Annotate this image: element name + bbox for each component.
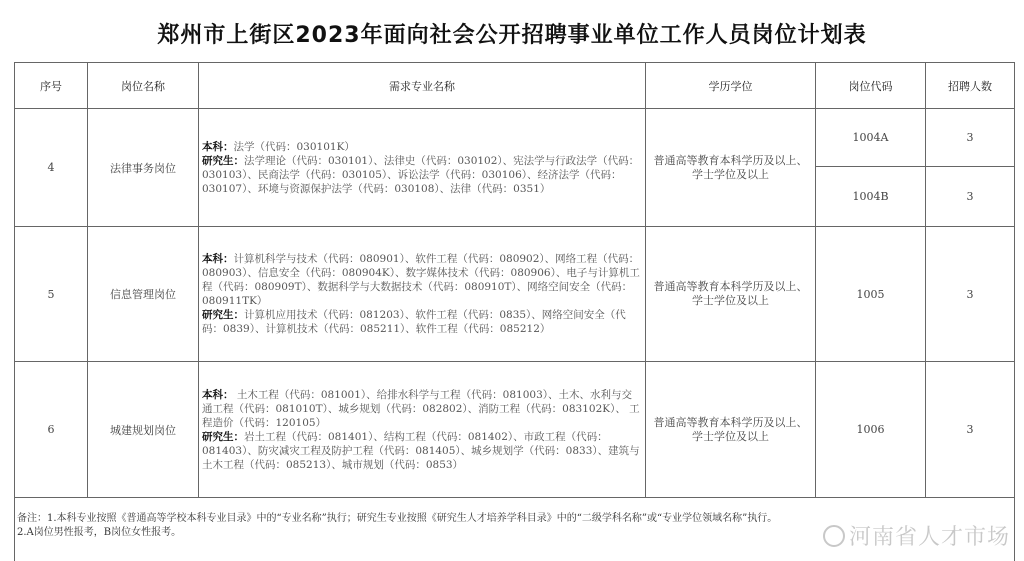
weibo-logo-icon	[823, 525, 845, 547]
header-code: 岗位代码	[816, 63, 926, 109]
header-position: 岗位名称	[88, 63, 199, 109]
page-title: 郑州市上街区2023年面向社会公开招聘事业单位工作人员岗位计划表	[0, 18, 1024, 49]
table-row: 4 法律事务岗位 本科：法学（代码：030101K） 研究生：法学理论（代码：0…	[15, 109, 1015, 167]
grad-majors: 计算机应用技术（代码：081203）、软件工程（代码：0835）、网络空间安全（…	[202, 309, 626, 335]
undergrad-label: 本科：	[202, 141, 234, 153]
row-majors: 本科： 土木工程（代码：081001）、给排水科学与工程（代码：081003）、…	[199, 362, 646, 498]
row-index: 6	[15, 362, 88, 498]
row-education: 普通高等教育本科学历及以上、学士学位及以上	[646, 227, 816, 362]
header-count: 招聘人数	[926, 63, 1015, 109]
row-code: 1006	[816, 362, 926, 498]
row-count: 3	[926, 167, 1015, 227]
row-code: 1004B	[816, 167, 926, 227]
recruitment-plan-table: 序号 岗位名称 需求专业名称 学历学位 岗位代码 招聘人数 4 法律事务岗位 本…	[14, 62, 1015, 561]
table-header-row: 序号 岗位名称 需求专业名称 学历学位 岗位代码 招聘人数	[15, 63, 1015, 109]
grad-label: 研究生：	[202, 155, 244, 167]
grad-label: 研究生：	[202, 431, 244, 443]
table-row: 5 信息管理岗位 本科：计算机科学与技术（代码：080901）、软件工程（代码：…	[15, 227, 1015, 362]
row-majors: 本科：法学（代码：030101K） 研究生：法学理论（代码：030101）、法律…	[199, 109, 646, 227]
grad-label: 研究生：	[202, 309, 244, 321]
undergrad-majors: 土木工程（代码：081001）、给排水科学与工程（代码：081003）、土木、水…	[202, 389, 640, 429]
row-count: 3	[926, 362, 1015, 498]
row-code: 1005	[816, 227, 926, 362]
header-education: 学历学位	[646, 63, 816, 109]
undergrad-majors: 法学（代码：030101K）	[234, 141, 355, 153]
grad-majors: 岩土工程（代码：081401）、结构工程（代码：081402）、市政工程（代码：…	[202, 431, 640, 471]
undergrad-label: 本科：	[202, 253, 234, 265]
row-count: 3	[926, 227, 1015, 362]
row-majors: 本科：计算机科学与技术（代码：080901）、软件工程（代码：080902）、网…	[199, 227, 646, 362]
row-index: 5	[15, 227, 88, 362]
watermark: 河南省人才市场	[823, 520, 1010, 551]
grad-majors: 法学理论（代码：030101）、法律史（代码：030102）、宪法学与行政法学（…	[202, 155, 639, 195]
row-education: 普通高等教育本科学历及以上、学士学位及以上	[646, 109, 816, 227]
watermark-text: 河南省人才市场	[849, 525, 1010, 550]
row-position: 法律事务岗位	[88, 109, 199, 227]
row-education: 普通高等教育本科学历及以上、学士学位及以上	[646, 362, 816, 498]
undergrad-majors: 计算机科学与技术（代码：080901）、软件工程（代码：080902）、网络工程…	[202, 253, 640, 307]
header-majors: 需求专业名称	[199, 63, 646, 109]
row-code: 1004A	[816, 109, 926, 167]
row-position: 城建规划岗位	[88, 362, 199, 498]
row-index: 4	[15, 109, 88, 227]
header-index: 序号	[15, 63, 88, 109]
row-count: 3	[926, 109, 1015, 167]
row-position: 信息管理岗位	[88, 227, 199, 362]
undergrad-label: 本科：	[202, 389, 234, 401]
table-row: 6 城建规划岗位 本科： 土木工程（代码：081001）、给排水科学与工程（代码…	[15, 362, 1015, 498]
